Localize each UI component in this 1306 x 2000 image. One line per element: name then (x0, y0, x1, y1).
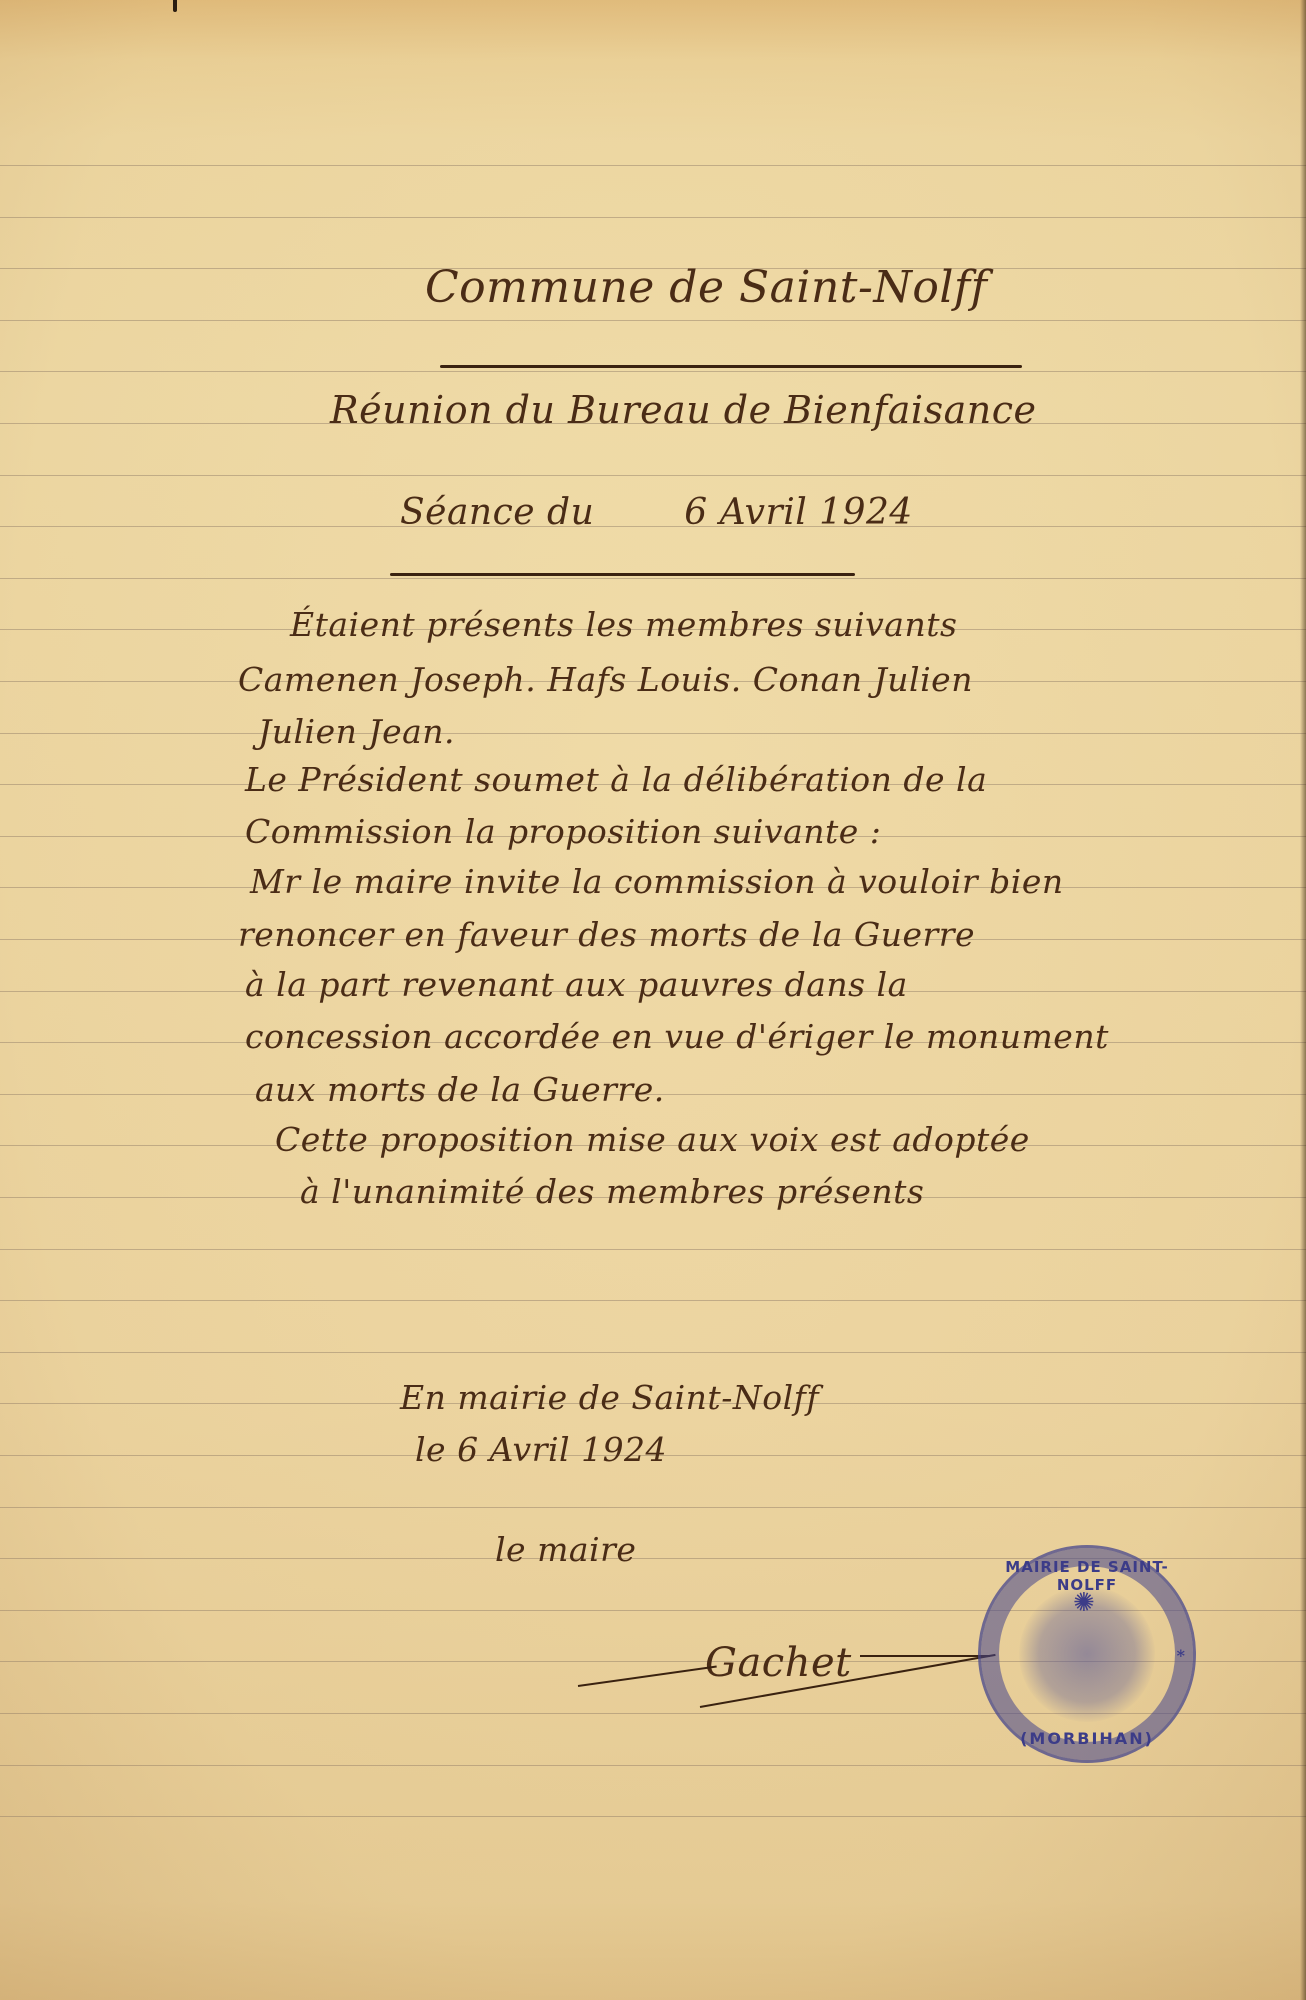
body-line-6: renoncer en faveur des morts de la Guerr… (238, 915, 975, 954)
session-label: Séance du (400, 492, 594, 533)
ruled-line (0, 1352, 1306, 1353)
ruled-line (0, 1507, 1306, 1508)
body-line-5: Mr le maire invite la commission à voulo… (250, 862, 1064, 901)
ruled-line (0, 320, 1306, 321)
session-date: 6 Avril 1924 (684, 492, 913, 533)
closing-date: le 6 Avril 1924 (415, 1430, 667, 1469)
signatory-title: le maire (495, 1530, 636, 1569)
ruled-line (0, 475, 1306, 476)
session-underline (390, 573, 855, 576)
ruled-line (0, 1765, 1306, 1766)
document-title: Commune de Saint-Nolff (425, 262, 987, 313)
signature-flourish-left (578, 1666, 717, 1687)
stamp-top-text: MAIRIE DE SAINT-NOLFF (981, 1558, 1193, 1594)
document-subtitle: Réunion du Bureau de Bienfaisance (330, 388, 1036, 432)
ruled-line (0, 217, 1306, 218)
stamp-bottom-text: (MORBIHAN) (981, 1729, 1193, 1748)
session-line: Séance du6 Avril 1924 (400, 492, 913, 533)
body-line-3: Le Président soumet à la délibération de… (245, 760, 987, 799)
body-line-4: Commission la proposition suivante : (245, 812, 881, 851)
mayor-signature: Gachet (705, 1640, 852, 1686)
body-line-members-2: Julien Jean. (258, 712, 455, 751)
title-underline (440, 365, 1022, 368)
ruled-line (0, 733, 1306, 734)
document-page: Commune de Saint-Nolff Réunion du Bureau… (0, 0, 1306, 2000)
body-line-9: aux morts de la Guerre. (255, 1070, 665, 1109)
body-line-members-1: Camenen Joseph. Hafs Louis. Conan Julien (238, 660, 973, 699)
body-line-7: à la part revenant aux pauvres dans la (245, 965, 908, 1004)
ruled-line (0, 371, 1306, 372)
binding-mark (173, 0, 177, 12)
body-line-attendance: Étaient présents les membres suivants (290, 605, 957, 644)
ruled-line (0, 1300, 1306, 1301)
page-edge-shadow (1300, 0, 1306, 2000)
body-line-8: concession accordée en vue d'ériger le m… (245, 1017, 1109, 1056)
star-icon: * (1177, 1646, 1185, 1665)
ruled-line (0, 165, 1306, 166)
signature-flourish-right (860, 1655, 990, 1657)
ruled-line (0, 578, 1306, 579)
official-stamp: ✺ MAIRIE DE SAINT-NOLFF * (MORBIHAN) (978, 1545, 1196, 1763)
body-line-10: Cette proposition mise aux voix est adop… (275, 1120, 1030, 1159)
ruled-line (0, 1249, 1306, 1250)
closing-place: En mairie de Saint-Nolff (400, 1378, 819, 1417)
ruled-line (0, 1816, 1306, 1817)
body-line-11: à l'unanimité des membres présents (300, 1172, 924, 1211)
